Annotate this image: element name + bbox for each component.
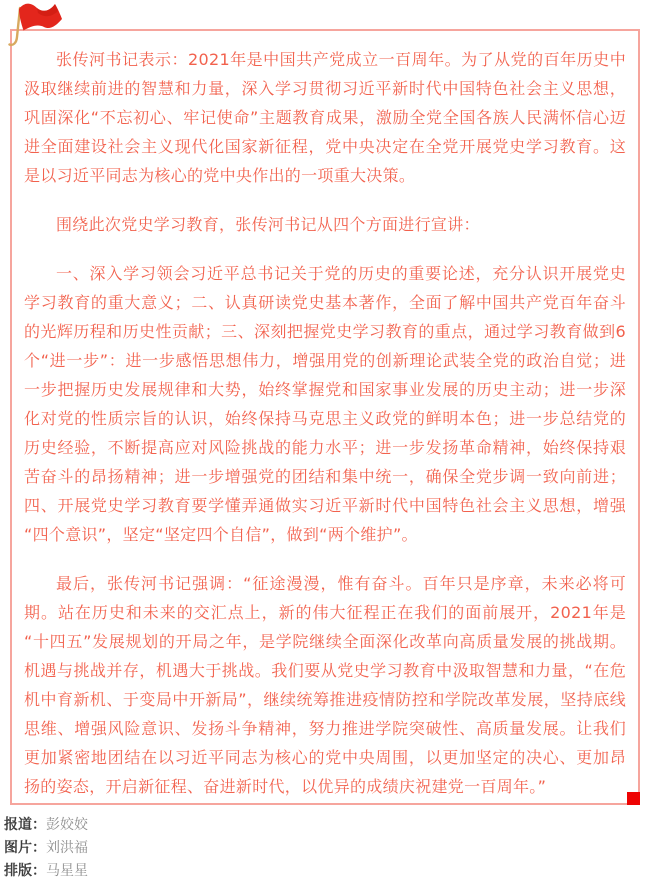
credit-name: 彭姣姣 <box>46 817 88 833</box>
credit-name: 刘洪福 <box>46 840 88 856</box>
corner-marker <box>627 792 640 805</box>
article-paragraph: 最后，张传河书记强调：“征途漫漫，惟有奋斗。百年只是序章，未来必将可期。站在历史… <box>24 569 626 801</box>
credit-row: 排版：马星星 <box>4 860 88 880</box>
credit-name: 马星星 <box>46 863 88 879</box>
article-paragraph: 张传河书记表示：2021年是中国共产党成立一百周年。为了从党的百年历史中汲取继续… <box>24 45 626 190</box>
article-frame: 张传河书记表示：2021年是中国共产党成立一百周年。为了从党的百年历史中汲取继续… <box>10 29 640 805</box>
credit-row: 报道：彭姣姣 <box>4 814 88 837</box>
credit-row: 图片：刘洪福 <box>4 837 88 860</box>
credits: 报道：彭姣姣图片：刘洪福排版：马星星 <box>4 814 88 880</box>
credit-label: 图片： <box>4 840 46 856</box>
red-flag-icon <box>5 0 65 52</box>
flag-pole <box>10 8 21 45</box>
page: { "page": { "text_color": "#f2614d", "fr… <box>0 0 650 880</box>
credit-label: 报道： <box>4 817 46 833</box>
article-paragraph: 一、深入学习领会习近平总书记关于党的历史的重要论述，充分认识开展党史学习教育的重… <box>24 259 626 549</box>
article-body: 张传河书记表示：2021年是中国共产党成立一百周年。为了从党的百年历史中汲取继续… <box>12 31 638 801</box>
article-paragraph: 围绕此次党史学习教育，张传河书记从四个方面进行宣讲： <box>24 210 626 239</box>
credit-label: 排版： <box>4 863 46 879</box>
